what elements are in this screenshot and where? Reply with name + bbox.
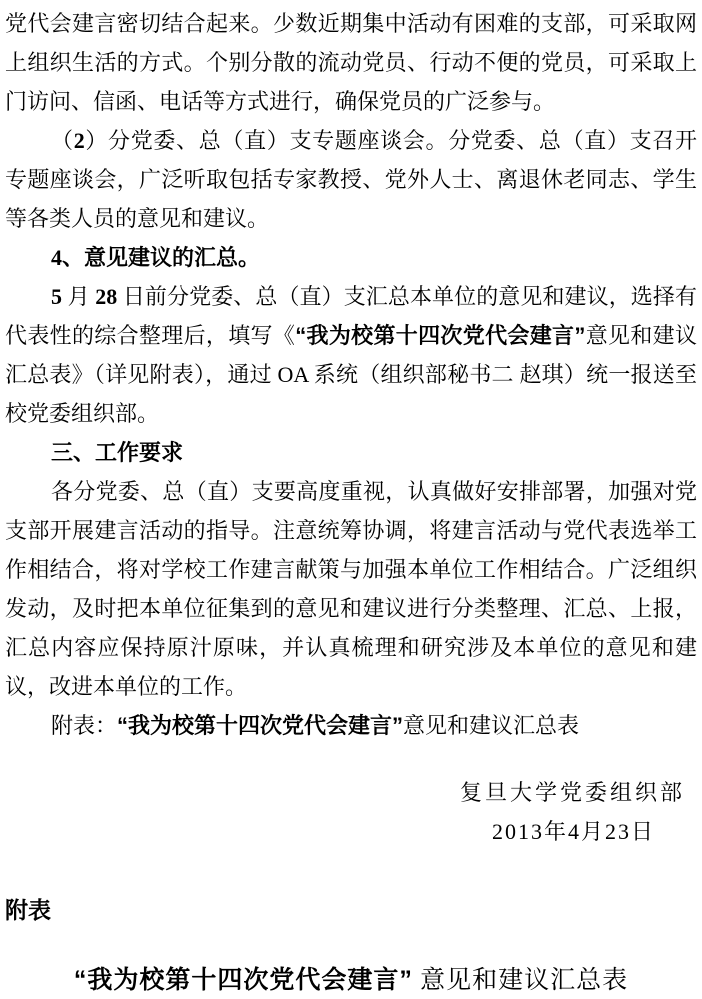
paragraph-work-requirements: 各分党委、总（直）支要高度重视，认真做好安排部署，加强对党支部开展建言活动的指导…: [5, 472, 697, 706]
text-run: 、意见建议的汇总。: [62, 245, 260, 270]
appendix-label-text: 附表: [5, 897, 51, 923]
text-run: 附表：: [51, 713, 117, 738]
text-run: 意见和建议汇总表: [403, 713, 579, 738]
paragraph-summary-deadline: 5 月 28 日前分党委、总（直）支汇总本单位的意见和建议，选择有代表性的综合整…: [5, 277, 697, 433]
paragraph-item-2: （2）分党委、总（直）支专题座谈会。分党委、总（直）支召开专题座谈会，广泛听取包…: [5, 121, 697, 238]
bold-number-run: 4: [51, 245, 62, 270]
paragraph-continuation: 党代会建言密切结合起来。少数近期集中活动有困难的支部，可采取网上组织生活的方式。…: [5, 4, 697, 121]
document-page: 党代会建言密切结合起来。少数近期集中活动有困难的支部，可采取网上组织生活的方式。…: [0, 0, 702, 999]
section-heading-work-requirements: 三、工作要求: [5, 433, 697, 472]
bold-number-run: 5: [51, 284, 62, 309]
bold-number-run: 28: [95, 284, 117, 309]
bold-title-run: “我为校第十四次党代会建言”: [295, 323, 585, 348]
attachment-note: 附表：“我为校第十四次党代会建言”意见和建议汇总表: [5, 706, 697, 745]
title-text-run: 意见和建议汇总表: [413, 967, 628, 994]
text-run: 各分党委、总（直）支要高度重视，认真做好安排部署，加强对党支部开展建言活动的指导…: [5, 479, 697, 699]
text-run: （: [51, 128, 74, 153]
subheading-item-4: 4、意见建议的汇总。: [5, 238, 697, 277]
bold-title-run: “我为校第十四次党代会建言”: [117, 713, 403, 738]
document-date: 2013年4月23日: [5, 812, 697, 851]
signature-organization: 复旦大学党委组织部: [5, 773, 697, 812]
bold-title-run: “我为校第十四次党代会建言”: [74, 966, 413, 994]
text-run: 月: [62, 284, 95, 309]
appendix-label: 附表: [5, 891, 697, 930]
text-run: 党代会建言密切结合起来。少数近期集中活动有困难的支部，可采取网上组织生活的方式。…: [5, 11, 697, 114]
appendix-table-title: “我为校第十四次党代会建言” 意见和建议汇总表: [5, 960, 697, 999]
heading-text: 三、工作要求: [51, 440, 183, 465]
signature-text: 复旦大学党委组织部: [460, 780, 685, 805]
bold-number-run: 2: [74, 128, 85, 153]
date-text: 2013年4月23日: [492, 819, 655, 844]
text-run: ）分党委、总（直）支专题座谈会。分党委、总（直）支召开专题座谈会，广泛听取包括专…: [5, 128, 697, 231]
